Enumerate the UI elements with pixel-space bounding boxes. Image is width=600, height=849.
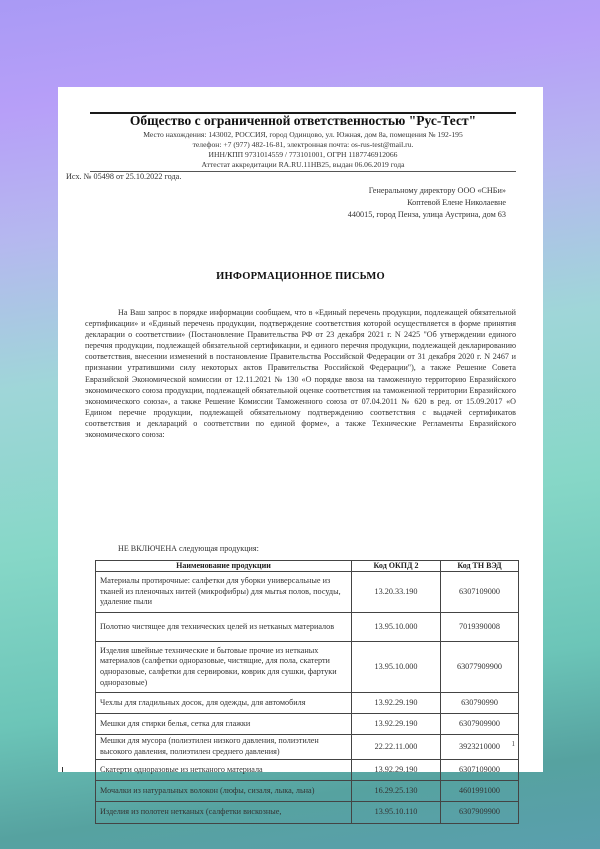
- body-paragraph: На Ваш запрос в порядке информации сообщ…: [85, 307, 516, 440]
- addressee-name: Коптевой Елене Николаевне: [348, 197, 506, 209]
- document-page: Общество с ограниченной ответственностью…: [58, 87, 543, 772]
- company-contacts: телефон: +7 (977) 482-16-81, электронная…: [90, 140, 516, 150]
- okpd2-code: 13.95.10.000: [352, 642, 441, 693]
- company-name: Общество с ограниченной ответственностью…: [90, 112, 516, 129]
- tnved-code: 6307109000: [441, 572, 519, 613]
- table-row: Чехлы для гладильных досок, для одежды, …: [96, 693, 519, 714]
- table-row: Изделия швейные технические и бытовые пр…: [96, 642, 519, 693]
- product-name: Материалы протирочные: салфетки для убор…: [96, 572, 352, 613]
- okpd2-code: 16.29.25.130: [352, 781, 441, 802]
- addressee-position: Генеральному директору ООО «СНБи»: [348, 185, 506, 197]
- product-name: Изделия швейные технические и бытовые пр…: [96, 642, 352, 693]
- company-accreditation: Аттестат аккредитации RA.RU.11НВ25, выда…: [90, 160, 516, 170]
- table-row: Мочалки из натуральных волокон (люфы, си…: [96, 781, 519, 802]
- addressee-block: Генеральному директору ООО «СНБи» Коптев…: [348, 185, 506, 221]
- okpd2-code: 13.92.29.190: [352, 760, 441, 781]
- tnved-code: 630790990: [441, 693, 519, 714]
- tnved-code: 6307909900: [441, 802, 519, 824]
- okpd2-code: 13.92.29.190: [352, 714, 441, 735]
- tnved-code: 4601991000: [441, 781, 519, 802]
- header-product-name: Наименование продукции: [96, 561, 352, 572]
- document-title: ИНФОРМАЦИОННОЕ ПИСЬМО: [58, 271, 543, 282]
- header-okpd2: Код ОКПД 2: [352, 561, 441, 572]
- outgoing-reference: Исх. № 05498 от 25.10.2022 года.: [66, 171, 181, 182]
- products-table: Наименование продукции Код ОКПД 2 Код ТН…: [95, 560, 519, 824]
- tnved-code: 63077909900: [441, 642, 519, 693]
- tnved-code: 6307909900: [441, 714, 519, 735]
- company-registration: ИНН/КПП 9731014559 / 773101001, ОГРН 118…: [90, 150, 516, 160]
- product-name: Мешки для стирки белья, сетка для глажки: [96, 714, 352, 735]
- okpd2-code: 13.20.33.190: [352, 572, 441, 613]
- tnved-code: 6307109000: [441, 760, 519, 781]
- table-row: Материалы протирочные: салфетки для убор…: [96, 572, 519, 613]
- company-address: Место нахождения: 143002, РОССИЯ, город …: [90, 130, 516, 140]
- not-included-label: НЕ ВКЛЮЧЕНА следующая продукция:: [118, 544, 259, 553]
- scan-artifact: [62, 767, 63, 772]
- table-row: Изделия из полотен нетканых (салфетки ви…: [96, 802, 519, 824]
- product-name: Чехлы для гладильных досок, для одежды, …: [96, 693, 352, 714]
- tnved-code: 3923210000: [441, 735, 519, 760]
- okpd2-code: 13.92.29.190: [352, 693, 441, 714]
- product-name: Мочалки из натуральных волокон (люфы, си…: [96, 781, 352, 802]
- table-row: Мешки для мусора (полиэтилен низкого дав…: [96, 735, 519, 760]
- product-name: Полотно чистящее для технических целей и…: [96, 613, 352, 642]
- table-header-row: Наименование продукции Код ОКПД 2 Код ТН…: [96, 561, 519, 572]
- okpd2-code: 13.95.10.110: [352, 802, 441, 824]
- product-name: Скатерти одноразовые из нетканого матери…: [96, 760, 352, 781]
- product-name: Мешки для мусора (полиэтилен низкого дав…: [96, 735, 352, 760]
- header-tnved: Код ТН ВЭД: [441, 561, 519, 572]
- table-row: Мешки для стирки белья, сетка для глажки…: [96, 714, 519, 735]
- table-row: Скатерти одноразовые из нетканого матери…: [96, 760, 519, 781]
- page-number: 1: [512, 740, 516, 748]
- tnved-code: 7019390008: [441, 613, 519, 642]
- okpd2-code: 13.95.10.000: [352, 613, 441, 642]
- table-row: Полотно чистящее для технических целей и…: [96, 613, 519, 642]
- product-name: Изделия из полотен нетканых (салфетки ви…: [96, 802, 352, 824]
- okpd2-code: 22.22.11.000: [352, 735, 441, 760]
- addressee-address: 440015, город Пенза, улица Аустрина, дом…: [348, 209, 506, 221]
